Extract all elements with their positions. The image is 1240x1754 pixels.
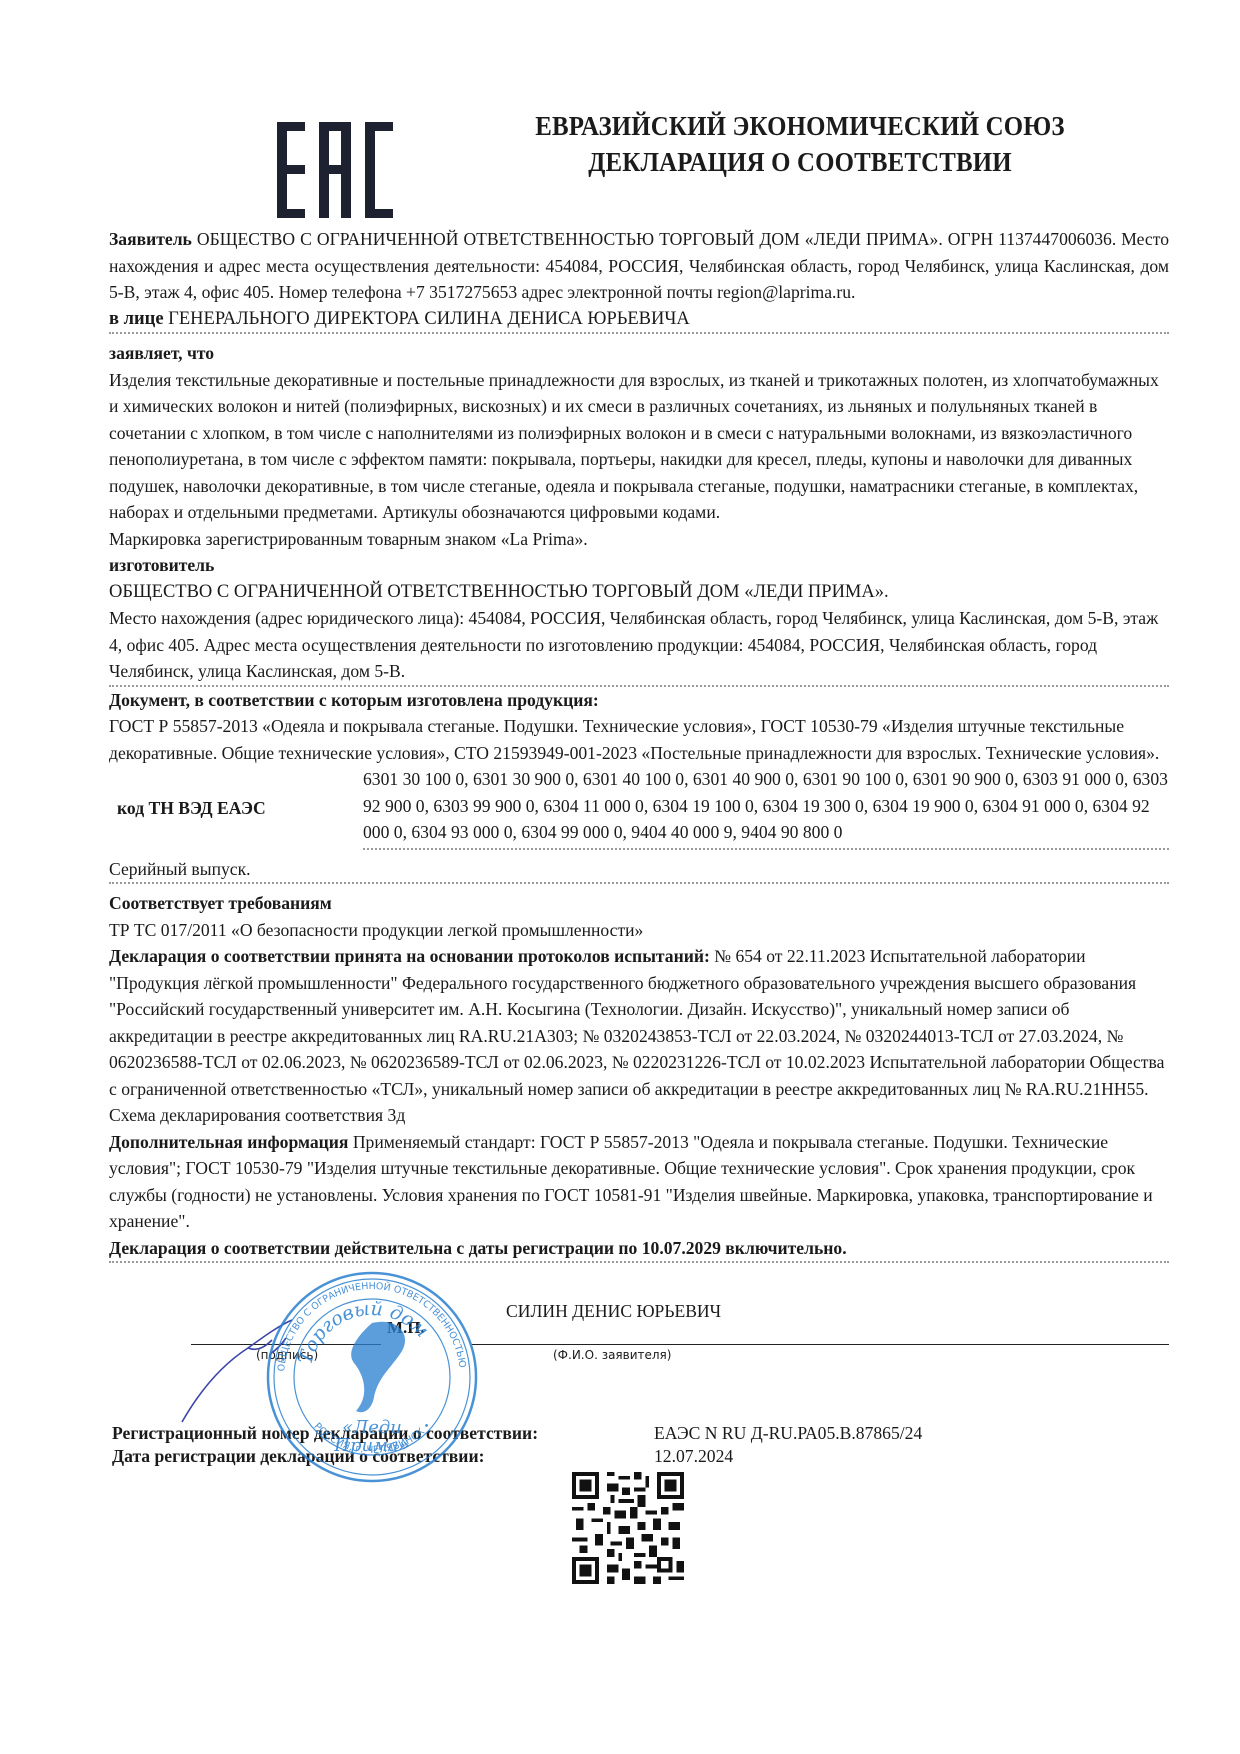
tnved-section: код ТН ВЭД ЕАЭС 6301 30 100 0, 6301 30 9…: [109, 766, 1169, 850]
registration-date-value: 12.07.2024: [654, 1445, 733, 1468]
applicant-text: ОБЩЕСТВО С ОГРАНИЧЕННОЙ ОТВЕТСТВЕННОСТЬЮ…: [109, 229, 1169, 302]
registration-date-label: Дата регистрации декларации о соответств…: [112, 1445, 624, 1468]
test-protocols-text: № 654 от 22.11.2023 Испытательной лабора…: [109, 946, 1164, 1099]
manufacturer-address: Место нахождения (адрес юридического лиц…: [109, 605, 1169, 687]
document-label: Документ, в соответствии с которым изгот…: [109, 687, 1169, 714]
name-line: [472, 1344, 1169, 1345]
registration-block: Регистрационный номер декларации о соотв…: [112, 1422, 922, 1468]
signature-line: [191, 1344, 381, 1345]
tnved-label: код ТН ВЭД ЕАЭС: [109, 795, 363, 822]
declares-label: заявляет, что: [109, 340, 1169, 367]
registration-date-row: Дата регистрации декларации о соответств…: [112, 1445, 922, 1468]
technical-regulation: ТР ТС 017/2011 «О безопасности продукции…: [109, 917, 1169, 944]
represented-text: ГЕНЕРАЛЬНОГО ДИРЕКТОРА СИЛИНА ДЕНИСА ЮРЬ…: [164, 309, 690, 329]
document-text: ГОСТ Р 55857-2013 «Одеяла и покрывала ст…: [109, 713, 1169, 766]
applicant-section: Заявитель ОБЩЕСТВО С ОГРАНИЧЕННОЙ ОТВЕТС…: [109, 226, 1169, 306]
declaration-title: ДЕКЛАРАЦИЯ О СООТВЕТСТВИИ: [469, 144, 1131, 180]
represented-by: в лице ГЕНЕРАЛЬНОГО ДИРЕКТОРА СИЛИНА ДЕН…: [109, 306, 1169, 335]
signature-caption: (подпись): [256, 1348, 318, 1362]
conformity-label: Соответствует требованиям: [109, 890, 1169, 917]
products-description: Изделия текстильные декоративные и посте…: [109, 367, 1169, 526]
registration-number-value: ЕАЭС N RU Д-RU.РА05.В.87865/24: [654, 1422, 922, 1445]
manufacturer-label: изготовитель: [109, 552, 1169, 579]
document-header: ЕВРАЗИЙСКИЙ ЭКОНОМИЧЕСКИЙ СОЮЗ ДЕКЛАРАЦИ…: [440, 108, 1160, 180]
additional-info-label: Дополнительная информация: [109, 1132, 348, 1152]
manufacturer-name: ОБЩЕСТВО С ОГРАНИЧЕННОЙ ОТВЕТСТВЕННОСТЬЮ…: [109, 579, 1169, 606]
signature-block: М.П. СИЛИН ДЕНИС ЮРЬЕВИЧ (подпись) (Ф.И.…: [109, 1300, 1169, 1380]
signer-name: СИЛИН ДЕНИС ЮРЬЕВИЧ: [506, 1301, 721, 1322]
test-protocols-label: Декларация о соответствии принята на осн…: [109, 946, 710, 966]
declaration-body: Заявитель ОБЩЕСТВО С ОГРАНИЧЕННОЙ ОТВЕТС…: [109, 226, 1169, 1263]
registration-number-row: Регистрационный номер декларации о соотв…: [112, 1422, 922, 1445]
test-protocols: Декларация о соответствии принята на осн…: [109, 943, 1169, 1102]
additional-info: Дополнительная информация Применяемый ст…: [109, 1129, 1169, 1235]
tnved-codes: 6301 30 100 0, 6301 30 900 0, 6301 40 10…: [363, 766, 1169, 850]
declaration-page: ЕВРАЗИЙСКИЙ ЭКОНОМИЧЕСКИЙ СОЮЗ ДЕКЛАРАЦИ…: [0, 0, 1240, 1754]
represented-label: в лице: [109, 309, 164, 329]
stamp-mark: М.П.: [387, 1318, 425, 1338]
validity-period: Декларация о соответствии действительна …: [109, 1235, 1169, 1264]
name-caption: (Ф.И.О. заявителя): [553, 1348, 671, 1362]
declaration-scheme: Схема декларирования соответствия 3д: [109, 1102, 1169, 1129]
qr-code-icon[interactable]: [572, 1472, 684, 1584]
registration-number-label: Регистрационный номер декларации о соотв…: [112, 1422, 624, 1445]
release-type: Серийный выпуск.: [109, 856, 1169, 885]
union-title: ЕВРАЗИЙСКИЙ ЭКОНОМИЧЕСКИЙ СОЮЗ: [469, 108, 1131, 144]
eac-logo-icon: [277, 122, 395, 218]
trademark-marking: Маркировка зарегистрированным товарным з…: [109, 526, 1169, 553]
applicant-label: Заявитель: [109, 229, 192, 249]
